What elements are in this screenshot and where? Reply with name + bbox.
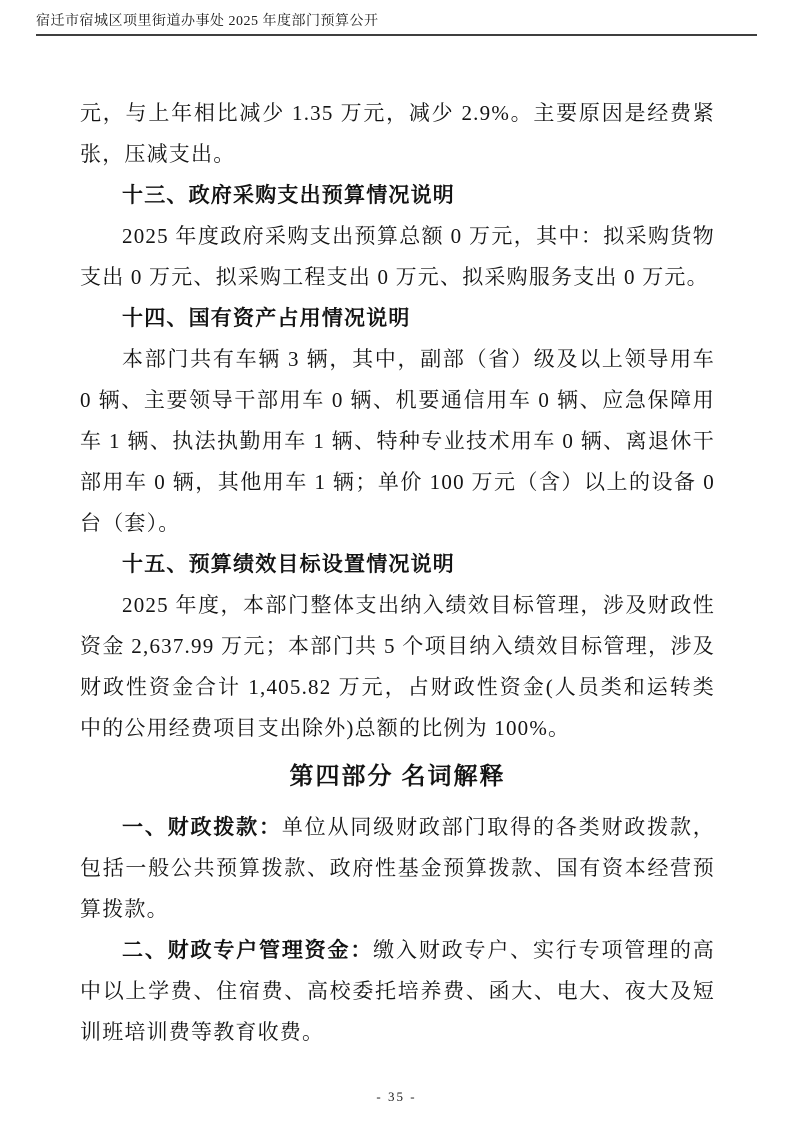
term-fiscal-special-account-funds: 二、财政专户管理资金：缴入财政专户、实行专项管理的高中以上学费、住宿费、高校委托… [80, 930, 715, 1053]
section-14-paragraph: 本部门共有车辆 3 辆，其中，副部（省）级及以上领导用车 0 辆、主要领导干部用… [80, 339, 715, 544]
paragraph-continuation: 元，与上年相比减少 1.35 万元，减少 2.9%。主要原因是经费紧张，压减支出… [80, 93, 715, 175]
page-number: - 35 - [376, 1089, 416, 1104]
part4-title: 第四部分 名词解释 [80, 755, 715, 799]
page-header: 宿迁市宿城区项里街道办事处 2025 年度部门预算公开 [36, 10, 757, 36]
term-1-label: 一、财政拨款： [122, 815, 282, 839]
term-2-label: 二、财政专户管理资金： [122, 938, 373, 962]
section-14-heading: 十四、国有资产占用情况说明 [80, 298, 715, 339]
section-13-heading: 十三、政府采购支出预算情况说明 [80, 175, 715, 216]
page-footer: - 35 - [0, 1088, 793, 1106]
document-page: 宿迁市宿城区项里街道办事处 2025 年度部门预算公开 元，与上年相比减少 1.… [0, 0, 793, 1122]
header-title: 宿迁市宿城区项里街道办事处 2025 年度部门预算公开 [36, 14, 379, 29]
section-13-paragraph: 2025 年度政府采购支出预算总额 0 万元，其中：拟采购货物支出 0 万元、拟… [80, 216, 715, 298]
term-fiscal-appropriation: 一、财政拨款：单位从同级财政部门取得的各类财政拨款，包括一般公共预算拨款、政府性… [80, 807, 715, 930]
section-15-paragraph: 2025 年度，本部门整体支出纳入绩效目标管理，涉及财政性资金 2,637.99… [80, 585, 715, 749]
section-15-heading: 十五、预算绩效目标设置情况说明 [80, 544, 715, 585]
document-body: 元，与上年相比减少 1.35 万元，减少 2.9%。主要原因是经费紧张，压减支出… [80, 93, 715, 1053]
